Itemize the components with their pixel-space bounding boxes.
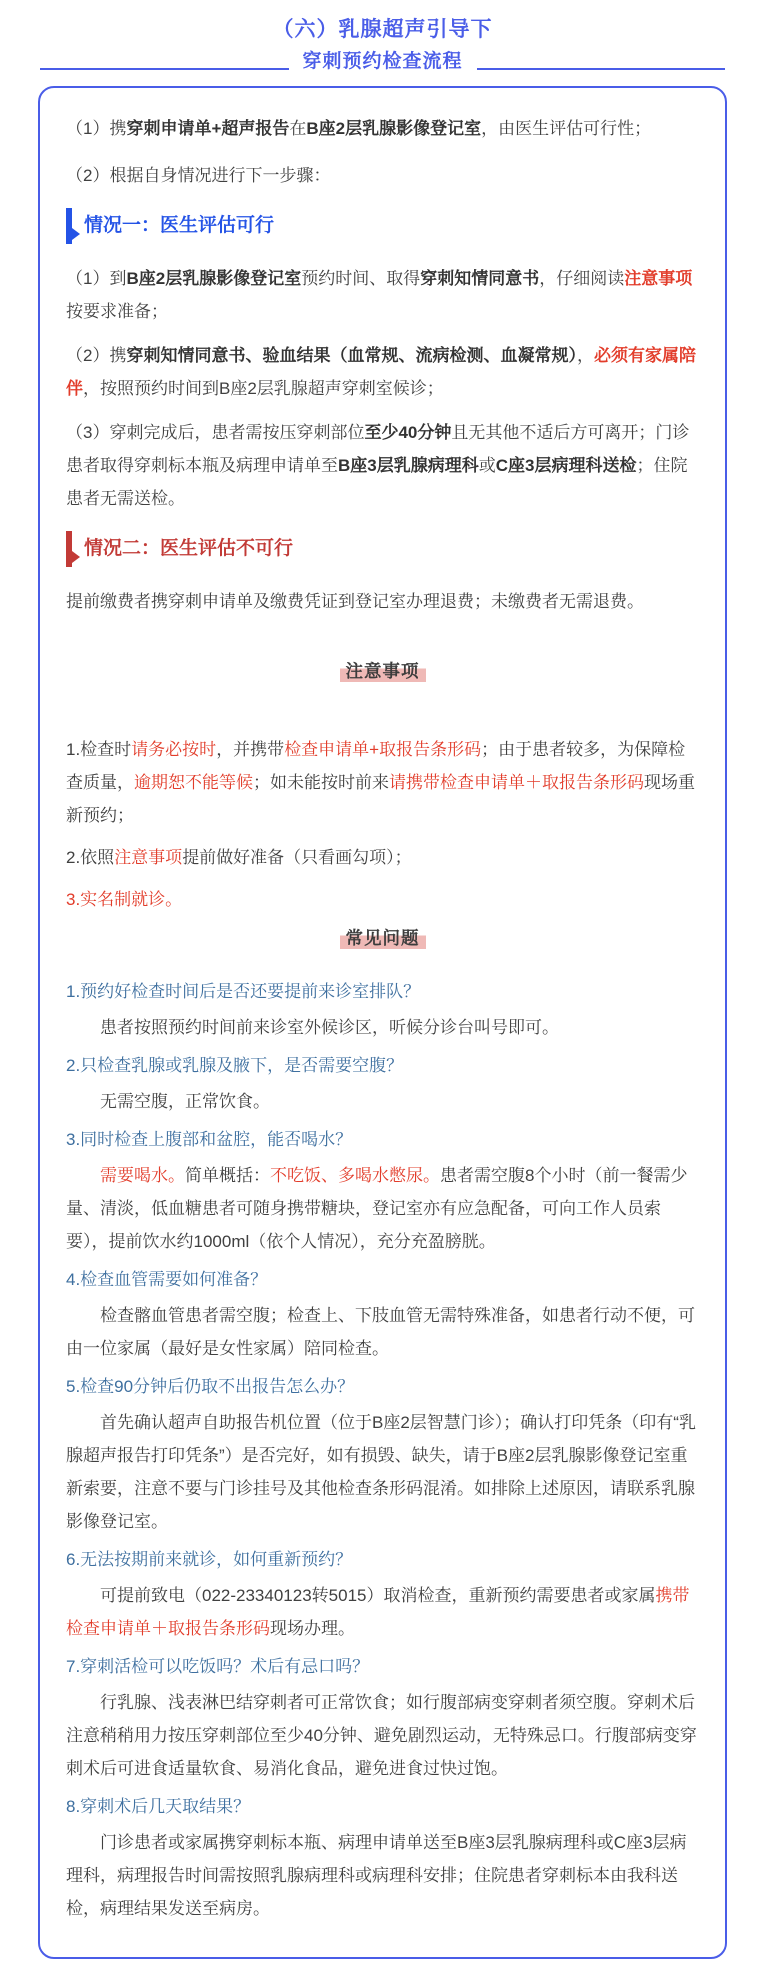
notes-header-label: 注意事项 bbox=[340, 658, 426, 683]
faq-question-3: 3.同时检查上腹部和盆腔，能否喝水？ bbox=[66, 1124, 699, 1156]
text-segment: 按要求准备； bbox=[66, 302, 168, 321]
case2-body: 提前缴费者携穿刺申请单及缴费凭证到登记室办理退费；未缴费者无需退费。 bbox=[66, 585, 699, 618]
text-segment: 患者按照预约时间前来诊室外候诊区，听候分诊台叫号即可。 bbox=[100, 1018, 559, 1037]
text-segment: 提前做好准备（只看画勾项）； bbox=[182, 848, 412, 867]
case1-step-2: （2）携穿刺知情同意书、验血结果（血常规、流病检测、血凝常规），必须有家属陪伴，… bbox=[66, 339, 699, 405]
text-segment: 逾期恕不能等候 bbox=[134, 773, 253, 792]
faq-question-2: 2.只检查乳腺或乳腺及腋下，是否需要空腹？ bbox=[66, 1050, 699, 1082]
text-segment: 提前缴费者携穿刺申请单及缴费凭证到登记室办理退费；未缴费者无需退费。 bbox=[66, 592, 644, 611]
note-item-3: 3.实名制就诊。 bbox=[66, 883, 699, 916]
text-segment: 门诊患者或家属携穿刺标本瓶、病理申请单送至B座3层乳腺病理科或C座3层病理科，病… bbox=[66, 1833, 687, 1918]
faq-answer-1: 患者按照预约时间前来诊室外候诊区，听候分诊台叫号即可。 bbox=[66, 1011, 699, 1044]
text-segment: （2）携 bbox=[66, 346, 126, 365]
intro-step-1: （1）携穿刺申请单+超声报告在B座2层乳腺影像登记室，由医生评估可行性； bbox=[66, 112, 699, 145]
text-segment: 检查申请单+取报告条形码 bbox=[284, 740, 481, 759]
flag-marker-icon bbox=[66, 208, 72, 244]
flag-marker-icon bbox=[66, 531, 72, 567]
note-item-2: 2.依照注意事项提前做好准备（只看画勾项）； bbox=[66, 841, 699, 874]
text-segment: 可提前致电（022-23340123转5015）取消检查，重新预约需要患者或家属 bbox=[100, 1586, 655, 1605]
text-segment: 行乳腺、浅表淋巴结穿刺者可正常饮食；如行腹部病变穿刺者须空腹。穿刺术后注意稍稍用… bbox=[66, 1693, 697, 1778]
text-segment: 不吃饭、多喝水憋尿。 bbox=[270, 1166, 440, 1185]
text-segment: C座3层病理科送检 bbox=[496, 456, 637, 475]
text-segment: B座2层乳腺影像登记室 bbox=[306, 119, 481, 138]
text-segment: （1）到 bbox=[66, 269, 126, 288]
case1-heading-label: 情况一：医生评估可行 bbox=[84, 208, 274, 244]
intro-step-2: （2）根据自身情况进行下一步骤： bbox=[66, 159, 699, 192]
text-segment: （3）穿刺完成后，患者需按压穿刺部位 bbox=[66, 423, 364, 442]
faq-answer-7: 行乳腺、浅表淋巴结穿刺者可正常饮食；如行腹部病变穿刺者须空腹。穿刺术后注意稍稍用… bbox=[66, 1686, 699, 1785]
faq-question-7: 7.穿刺活检可以吃饭吗？术后有忌口吗？ bbox=[66, 1651, 699, 1683]
text-segment: 或 bbox=[479, 456, 496, 475]
text-segment: （2）根据自身情况进行下一步骤： bbox=[66, 166, 330, 185]
faq-answer-8: 门诊患者或家属携穿刺标本瓶、病理申请单送至B座3层乳腺病理科或C座3层病理科，病… bbox=[66, 1826, 699, 1925]
case2-heading: 情况二：医生评估不可行 bbox=[66, 531, 699, 567]
text-segment: 首先确认超声自助报告机位置（位于B座2层智慧门诊）；确认打印凭条（印有“乳腺超声… bbox=[66, 1413, 696, 1531]
text-segment: B座3层乳腺病理科 bbox=[338, 456, 479, 475]
faq-question-1: 1.预约好检查时间后是否还要提前来诊室排队？ bbox=[66, 976, 699, 1008]
text-segment: 在 bbox=[289, 119, 306, 138]
faq-question-8: 8.穿刺术后几天取结果？ bbox=[66, 1791, 699, 1823]
document-page: （六）乳腺超声引导下 穿刺预约检查流程 （1）携穿刺申请单+超声报告在B座2层乳… bbox=[0, 0, 765, 1959]
page-title: （六）乳腺超声引导下 bbox=[0, 14, 765, 46]
text-segment: 预约时间、取得 bbox=[301, 269, 420, 288]
case2-heading-label: 情况二：医生评估不可行 bbox=[84, 531, 293, 567]
text-segment: 检查髂血管患者需空腹；检查上、下肢血管无需特殊准备，如患者行动不便，可由一位家属… bbox=[66, 1306, 695, 1358]
case1-heading: 情况一：医生评估可行 bbox=[66, 208, 699, 244]
page-subtitle: 穿刺预约检查流程 bbox=[289, 48, 477, 76]
text-segment: （1）携 bbox=[66, 119, 126, 138]
text-segment: ，按照预约时间到B座2层乳腺超声穿刺室候诊； bbox=[83, 379, 444, 398]
text-segment: 1.检查时 bbox=[66, 740, 131, 759]
faq-answer-5: 首先确认超声自助报告机位置（位于B座2层智慧门诊）；确认打印凭条（印有“乳腺超声… bbox=[66, 1406, 699, 1538]
text-segment: ；如未能按时前来 bbox=[253, 773, 389, 792]
case1-step-1: （1）到B座2层乳腺影像登记室预约时间、取得穿刺知情同意书，仔细阅读注意事项按要… bbox=[66, 262, 699, 328]
text-segment: ，仔细阅读 bbox=[539, 269, 624, 288]
text-segment: 穿刺申请单+超声报告 bbox=[126, 119, 289, 138]
text-segment: 需要喝水。 bbox=[100, 1166, 185, 1185]
text-segment: 注意事项 bbox=[114, 848, 182, 867]
note-item-1: 1.检查时请务必按时，并携带检查申请单+取报告条形码；由于患者较多，为保障检查质… bbox=[66, 733, 699, 832]
faq-question-4: 4.检查血管需要如何准备？ bbox=[66, 1264, 699, 1296]
faq-question-5: 5.检查90分钟后仍取不出报告怎么办？ bbox=[66, 1371, 699, 1403]
text-segment: ，由医生评估可行性； bbox=[481, 119, 651, 138]
text-segment: 3.实名制就诊。 bbox=[66, 890, 182, 909]
text-segment: 请携带检查申请单＋取报告条形码 bbox=[389, 773, 644, 792]
text-segment: 现场办理。 bbox=[270, 1619, 355, 1638]
faq-answer-2: 无需空腹，正常饮食。 bbox=[66, 1085, 699, 1118]
text-segment: 2.依照 bbox=[66, 848, 114, 867]
text-segment: 穿刺知情同意书 bbox=[420, 269, 539, 288]
content-box: （1）携穿刺申请单+超声报告在B座2层乳腺影像登记室，由医生评估可行性； （2）… bbox=[38, 86, 727, 1959]
faq-answer-4: 检查髂血管患者需空腹；检查上、下肢血管无需特殊准备，如患者行动不便，可由一位家属… bbox=[66, 1299, 699, 1365]
text-segment: 至少40分钟 bbox=[364, 423, 451, 442]
text-segment: ， bbox=[577, 346, 594, 365]
title-decoration-line-right bbox=[477, 68, 726, 70]
faq-header: 常见问题 bbox=[66, 925, 699, 950]
text-segment: 无需空腹，正常饮食。 bbox=[100, 1092, 270, 1111]
text-segment: 请务必按时 bbox=[131, 740, 216, 759]
faq-answer-3: 需要喝水。简单概括：不吃饭、多喝水憋尿。患者需空腹8个小时（前一餐需少量、清淡，… bbox=[66, 1159, 699, 1258]
notes-header: 注意事项 bbox=[66, 658, 699, 683]
text-segment: 简单概括： bbox=[185, 1166, 270, 1185]
text-segment: B座2层乳腺影像登记室 bbox=[126, 269, 301, 288]
faq-question-6: 6.无法按期前来就诊，如何重新预约？ bbox=[66, 1544, 699, 1576]
text-segment: 穿刺知情同意书、验血结果（血常规、流病检测、血凝常规） bbox=[126, 346, 577, 365]
faq-header-label: 常见问题 bbox=[340, 925, 426, 950]
case1-step-3: （3）穿刺完成后，患者需按压穿刺部位至少40分钟且无其他不适后方可离开；门诊患者… bbox=[66, 416, 699, 515]
text-segment: ，并携带 bbox=[216, 740, 284, 759]
title-decoration-line-left bbox=[40, 68, 289, 70]
text-segment: 注意事项 bbox=[624, 269, 692, 288]
faq-answer-6: 可提前致电（022-23340123转5015）取消检查，重新预约需要患者或家属… bbox=[66, 1579, 699, 1645]
page-subtitle-row: 穿刺预约检查流程 bbox=[0, 48, 765, 76]
